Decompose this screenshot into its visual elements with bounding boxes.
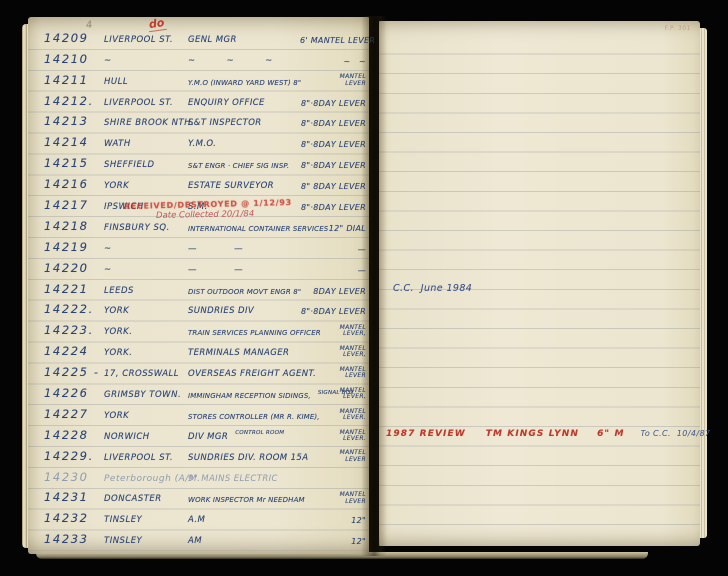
- review-label: 1987 REVIEW: [386, 429, 466, 439]
- ledger-row: 14223.YORK.TRAIN SERVICES PLANNING OFFIC…: [44, 319, 369, 340]
- row-description: WORK INSPECTOR Mr NEEDHAM: [188, 496, 300, 504]
- row-number: 14215: [44, 156, 104, 170]
- row-description: INTERNATIONAL CONTAINER SERVICES: [188, 225, 300, 233]
- ledger-row: 14225 -17, CROSSWALLOVERSEAS FREIGHT AGE…: [44, 361, 369, 382]
- row-type: MANTEL LEVER: [300, 68, 369, 87]
- row-number: 14216: [44, 177, 104, 191]
- row-description: TRAIN SERVICES PLANNING OFFICER: [188, 329, 300, 337]
- row-location: ~: [104, 265, 188, 275]
- ledger-row: 14227YORKSTORES CONTROLLER (MR R. KIME),…: [44, 403, 369, 424]
- row-description: DIST OUTDOOR MOVT ENGR 8": [188, 288, 300, 296]
- row-location: LIVERPOOL ST.: [104, 98, 188, 108]
- row-description: SUNDRIES DIV: [188, 306, 300, 316]
- row-description: S&T INSPECTOR: [188, 118, 300, 128]
- row-description: ESTATE SURVEYOR: [188, 181, 300, 191]
- ledger-row: 14213SHIRE BROOK NTH.S&T INSPECTOR8"·8DA…: [44, 111, 369, 132]
- row-number: 14210: [44, 52, 104, 66]
- row-description: S&T ENGR · CHIEF SIG INSP.: [188, 162, 300, 170]
- ledger-row: 14233TINSLEYAM12": [44, 528, 369, 549]
- ledger-row: 14214WATHY.M.O.8"·8DAY LEVER: [44, 131, 369, 152]
- row-location: GRIMSBY TOWN.: [104, 390, 188, 400]
- row-number: 14211: [44, 73, 104, 87]
- row-number: 14220: [44, 261, 104, 275]
- ledger-row: 14210~~ ~ ~~ ~: [44, 48, 369, 69]
- row-type: 12": [300, 537, 369, 546]
- row-location: ~: [104, 56, 188, 66]
- row-location: SHEFFIELD: [104, 160, 188, 170]
- row-description: GENL MGR: [188, 35, 300, 45]
- row-type: 8"·8DAY LEVER: [300, 307, 369, 316]
- row-location: LIVERPOOL ST.: [104, 453, 188, 463]
- row-description: DIV MGRCONTROL ROOM: [188, 432, 300, 442]
- row-type: 8"·8DAY LEVER: [300, 99, 369, 108]
- row-type: 12": [300, 516, 369, 525]
- row-number: 14212.: [44, 94, 104, 108]
- row-type: 8DAY LEVER: [300, 287, 369, 296]
- row-location: YORK.: [104, 348, 188, 358]
- row-description: Y.M.O (INWARD YARD WEST) 8": [188, 79, 300, 87]
- ledger-row: 14211HULLY.M.O (INWARD YARD WEST) 8"MANT…: [44, 69, 369, 90]
- ledger-row: 14230Peterborough (A/M.9" MAINS ELECTRIC: [44, 466, 369, 487]
- row-number: 14219: [44, 240, 104, 254]
- ledger-row: 14220~— ——: [44, 257, 369, 278]
- ledger-row: 14219~— ——: [44, 236, 369, 257]
- ledger-rows: 14209LIVERPOOL ST.GENL MGR6' MANTEL LEVE…: [44, 27, 369, 549]
- row-description: 9" MAINS ELECTRIC: [188, 474, 300, 484]
- row-location: ~: [104, 244, 188, 254]
- row-type: ~ ~: [300, 57, 369, 66]
- row-number: 14218: [44, 219, 104, 233]
- row-description: TERMINALS MANAGER: [188, 348, 300, 358]
- row-description: ENQUIRY OFFICE: [188, 98, 300, 108]
- cc-june-1984-note: C.C. June 1984: [393, 283, 472, 294]
- row-number: 14227: [44, 407, 104, 421]
- row-description: — —: [188, 265, 300, 275]
- row-location: WATH: [104, 139, 188, 149]
- row-location: TINSLEY: [104, 536, 188, 546]
- row-number: 14213: [44, 114, 104, 128]
- row-location: SHIRE BROOK NTH.: [104, 118, 188, 128]
- ledger-row: 14231DONCASTERWORK INSPECTOR Mr NEEDHAMM…: [44, 487, 369, 508]
- row-description: OVERSEAS FREIGHT AGENT.: [188, 369, 300, 379]
- row-number: 14223.: [44, 323, 104, 337]
- ledger-row: 14226GRIMSBY TOWN.IMMINGHAM RECEPTION SI…: [44, 382, 369, 403]
- row-type: 8"·8DAY LEVER: [300, 119, 369, 128]
- row-type: MANTEL LEVER: [300, 486, 369, 505]
- row-location: TINSLEY: [104, 515, 188, 525]
- row-type: MANTEL LEVER: [300, 444, 369, 463]
- row-type: MANTEL LEVER: [300, 361, 369, 380]
- row-type: MANTEL LEVER,: [300, 319, 369, 338]
- row-type: MANTEL LEVER.: [300, 424, 369, 443]
- faint-corner-mark: F.P. 301: [665, 25, 691, 32]
- ledger-row: 14221LEEDSDIST OUTDOOR MOVT ENGR 8"8DAY …: [44, 278, 369, 299]
- ledger-row: 14232TINSLEYA.M12": [44, 507, 369, 528]
- row-description: A.M: [188, 515, 300, 525]
- row-number: 14214: [44, 135, 104, 149]
- row-superscript-note: SIGNAL BOX: [318, 390, 354, 396]
- row-description: STORES CONTROLLER (MR R. KIME),: [188, 413, 300, 421]
- row-number: 14233: [44, 532, 104, 546]
- review-cc-note: To C.C. 10/4/87: [641, 429, 711, 438]
- review-1987-annotation: 1987 REVIEW TM KINGS LYNN 6" M To C.C. 1…: [386, 429, 710, 439]
- ledger-row: 14209LIVERPOOL ST.GENL MGR6' MANTEL LEVE…: [44, 27, 369, 48]
- row-description: IMMINGHAM RECEPTION SIDINGS,SIGNAL BOX: [188, 392, 300, 400]
- row-number: 14221: [44, 282, 104, 296]
- ledger-left-page: 4 do 14209LIVERPOOL ST.GENL MGR6' MANTEL…: [28, 17, 369, 554]
- ledger-photograph: 4 do 14209LIVERPOOL ST.GENL MGR6' MANTEL…: [0, 0, 728, 576]
- row-location: YORK: [104, 306, 188, 316]
- row-description: Y.M.O.: [188, 139, 300, 149]
- row-location: FINSBURY SQ.: [104, 223, 188, 233]
- row-number: 14230: [44, 470, 104, 484]
- row-description: ~ ~ ~: [188, 56, 300, 66]
- ledger-row: 14216YORKESTATE SURVEYOR8" 8DAY LEVER: [44, 173, 369, 194]
- row-number: 14228: [44, 428, 104, 442]
- row-type: 8"·8DAY LEVER: [300, 203, 369, 212]
- row-number: 14222.: [44, 302, 104, 316]
- review-item: TM KINGS LYNN: [486, 429, 579, 439]
- ledger-row: 14224YORK.TERMINALS MANAGERMANTEL LEVER,: [44, 340, 369, 361]
- row-type: MANTEL LEVER.: [300, 403, 369, 422]
- ledger-row: 14212.LIVERPOOL ST.ENQUIRY OFFICE8"·8DAY…: [44, 90, 369, 111]
- row-description: AM: [188, 536, 300, 546]
- row-number: 14229.: [44, 449, 104, 463]
- row-location: LIVERPOOL ST.: [104, 35, 188, 45]
- row-location: YORK.: [104, 327, 188, 337]
- row-description: — —: [188, 244, 300, 254]
- review-size: 6" M: [597, 429, 624, 439]
- ledger-row: 14229.LIVERPOOL ST.SUNDRIES DIV. ROOM 15…: [44, 445, 369, 466]
- row-description: SUNDRIES DIV. ROOM 15A: [188, 453, 300, 463]
- row-location: LEEDS: [104, 286, 188, 296]
- row-number: 14209: [44, 31, 104, 45]
- row-type: —: [300, 245, 369, 254]
- ledger-right-page: F.P. 301 C.C. June 1984 1987 REVIEW TM K…: [379, 21, 700, 546]
- row-type: 8"·8DAY LEVER: [300, 161, 369, 170]
- row-location: DONCASTER: [104, 494, 188, 504]
- row-type: 8" 8DAY LEVER: [300, 182, 369, 191]
- row-type: 8"·8DAY LEVER: [300, 140, 369, 149]
- ledger-row: 14215SHEFFIELDS&T ENGR · CHIEF SIG INSP.…: [44, 152, 369, 173]
- date-collected-note: Date Collected 20/1/84: [156, 209, 254, 221]
- row-type: 6' MANTEL LEVER: [300, 36, 369, 45]
- row-location: YORK: [104, 181, 188, 191]
- row-number: 14231: [44, 490, 104, 504]
- ledger-row: 14228NORWICHDIV MGRCONTROL ROOMMANTEL LE…: [44, 424, 369, 445]
- row-number: 14225 -: [44, 365, 104, 379]
- row-location: YORK: [104, 411, 188, 421]
- row-number: 14224: [44, 344, 104, 358]
- row-number: 14232: [44, 511, 104, 525]
- row-location: HULL: [104, 77, 188, 87]
- row-type: 12" DIAL: [300, 224, 369, 233]
- row-location: 17, CROSSWALL: [104, 369, 188, 379]
- row-type: MANTEL LEVER,: [300, 340, 369, 359]
- ledger-row: 14222.YORKSUNDRIES DIV8"·8DAY LEVER: [44, 299, 369, 320]
- row-number: 14217: [44, 198, 104, 212]
- row-superscript-note: CONTROL ROOM: [235, 430, 284, 436]
- row-location: NORWICH: [104, 432, 188, 442]
- row-type: —: [300, 266, 369, 275]
- row-number: 14226: [44, 386, 104, 400]
- row-location: Peterborough (A/M.: [104, 474, 188, 484]
